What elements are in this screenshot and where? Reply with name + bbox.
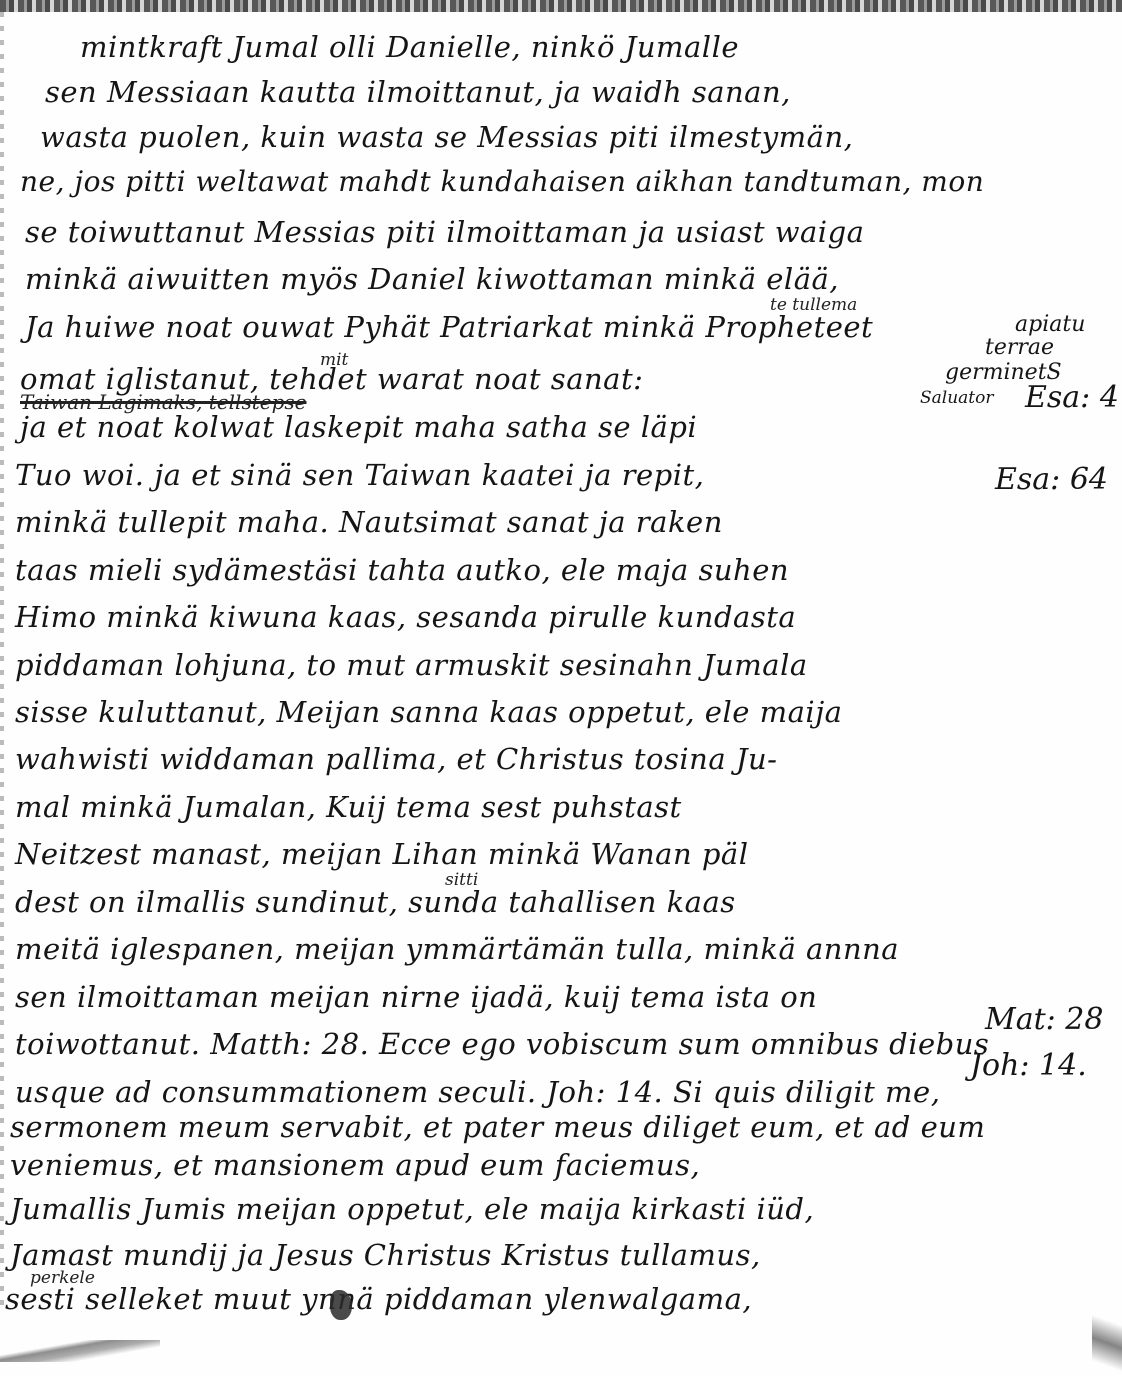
margin-reference: Joh: 14. bbox=[970, 1048, 1087, 1083]
margin-reference: Mat: 28 bbox=[985, 1002, 1103, 1037]
manuscript-line: ja et noat kolwat laskepit maha satha se… bbox=[20, 410, 697, 444]
manuscript-line: se toiwuttanut Messias piti ilmoittaman … bbox=[25, 215, 864, 249]
manuscript-line: veniemus, et mansionem apud eum faciemus… bbox=[10, 1148, 700, 1182]
manuscript-line: wahwisti widdaman pallima, et Christus t… bbox=[15, 742, 777, 776]
manuscript-line: wasta puolen, kuin wasta se Messias piti… bbox=[40, 120, 853, 154]
manuscript-line: Ja huiwe noat ouwat Pyhät Patriarkat min… bbox=[25, 310, 873, 344]
manuscript-line: meitä iglespanen, meijan ymmärtämän tull… bbox=[15, 932, 899, 966]
page-damage-smudge bbox=[0, 1340, 160, 1362]
ink-blot bbox=[330, 1290, 352, 1320]
manuscript-line: ne, jos pitti weltawat mahdt kundahaisen… bbox=[20, 165, 984, 198]
page-damage-smudge bbox=[1092, 1310, 1122, 1376]
manuscript-line: minkä tullepit maha. Nautsimat sanat ja … bbox=[15, 505, 723, 539]
manuscript-line: Jumallis Jumis meijan oppetut, ele maija… bbox=[10, 1192, 814, 1226]
manuscript-page: mintkraft Jumal olli Danielle, ninkö Jum… bbox=[0, 0, 1122, 1376]
manuscript-line: mintkraft Jumal olli Danielle, ninkö Jum… bbox=[80, 30, 739, 64]
torn-top-edge bbox=[0, 0, 1122, 12]
margin-note: apiatu bbox=[1015, 312, 1085, 337]
manuscript-line: sen Messiaan kautta ilmoittanut, ja waid… bbox=[45, 75, 791, 109]
manuscript-line: piddaman lohjuna, to mut armuskit sesina… bbox=[15, 648, 808, 682]
margin-reference: Esa: 64 bbox=[995, 462, 1108, 497]
manuscript-line: taas mieli sydämestäsi tahta autko, ele … bbox=[15, 553, 789, 587]
margin-note: Saluator bbox=[920, 388, 994, 408]
manuscript-line: Himo minkä kiwuna kaas, sesanda pirulle … bbox=[15, 600, 796, 634]
manuscript-line: sisse kuluttanut, Meijan sanna kaas oppe… bbox=[15, 695, 842, 729]
manuscript-line: sermonem meum servabit, et pater meus di… bbox=[10, 1110, 985, 1144]
manuscript-line: Tuo woi. ja et sinä sen Taiwan kaatei ja… bbox=[15, 458, 704, 492]
manuscript-line: usque ad consummationem seculi. Joh: 14.… bbox=[15, 1075, 940, 1109]
page-left-edge bbox=[0, 12, 4, 1312]
manuscript-line: mal minkä Jumalan, Kuij tema sest puhsta… bbox=[15, 790, 682, 824]
margin-reference: Esa: 4 bbox=[1025, 380, 1119, 415]
margin-note: terrae bbox=[985, 335, 1054, 360]
manuscript-line: toiwottanut. Matth: 28. Ecce ego vobiscu… bbox=[15, 1027, 989, 1061]
manuscript-line: minkä aiwuitten myös Daniel kiwottaman m… bbox=[25, 262, 839, 296]
manuscript-line: sen ilmoittaman meijan nirne ijadä, kuij… bbox=[15, 980, 817, 1014]
manuscript-line: dest on ilmallis sundinut, sunda tahalli… bbox=[15, 885, 736, 919]
manuscript-line: sesti selleket muut ynnä piddaman ylenwa… bbox=[5, 1282, 752, 1316]
manuscript-line: Jamast mundij ja Jesus Christus Kristus … bbox=[10, 1238, 761, 1272]
manuscript-line: Neitzest manast, meijan Lihan minkä Wana… bbox=[15, 837, 749, 871]
